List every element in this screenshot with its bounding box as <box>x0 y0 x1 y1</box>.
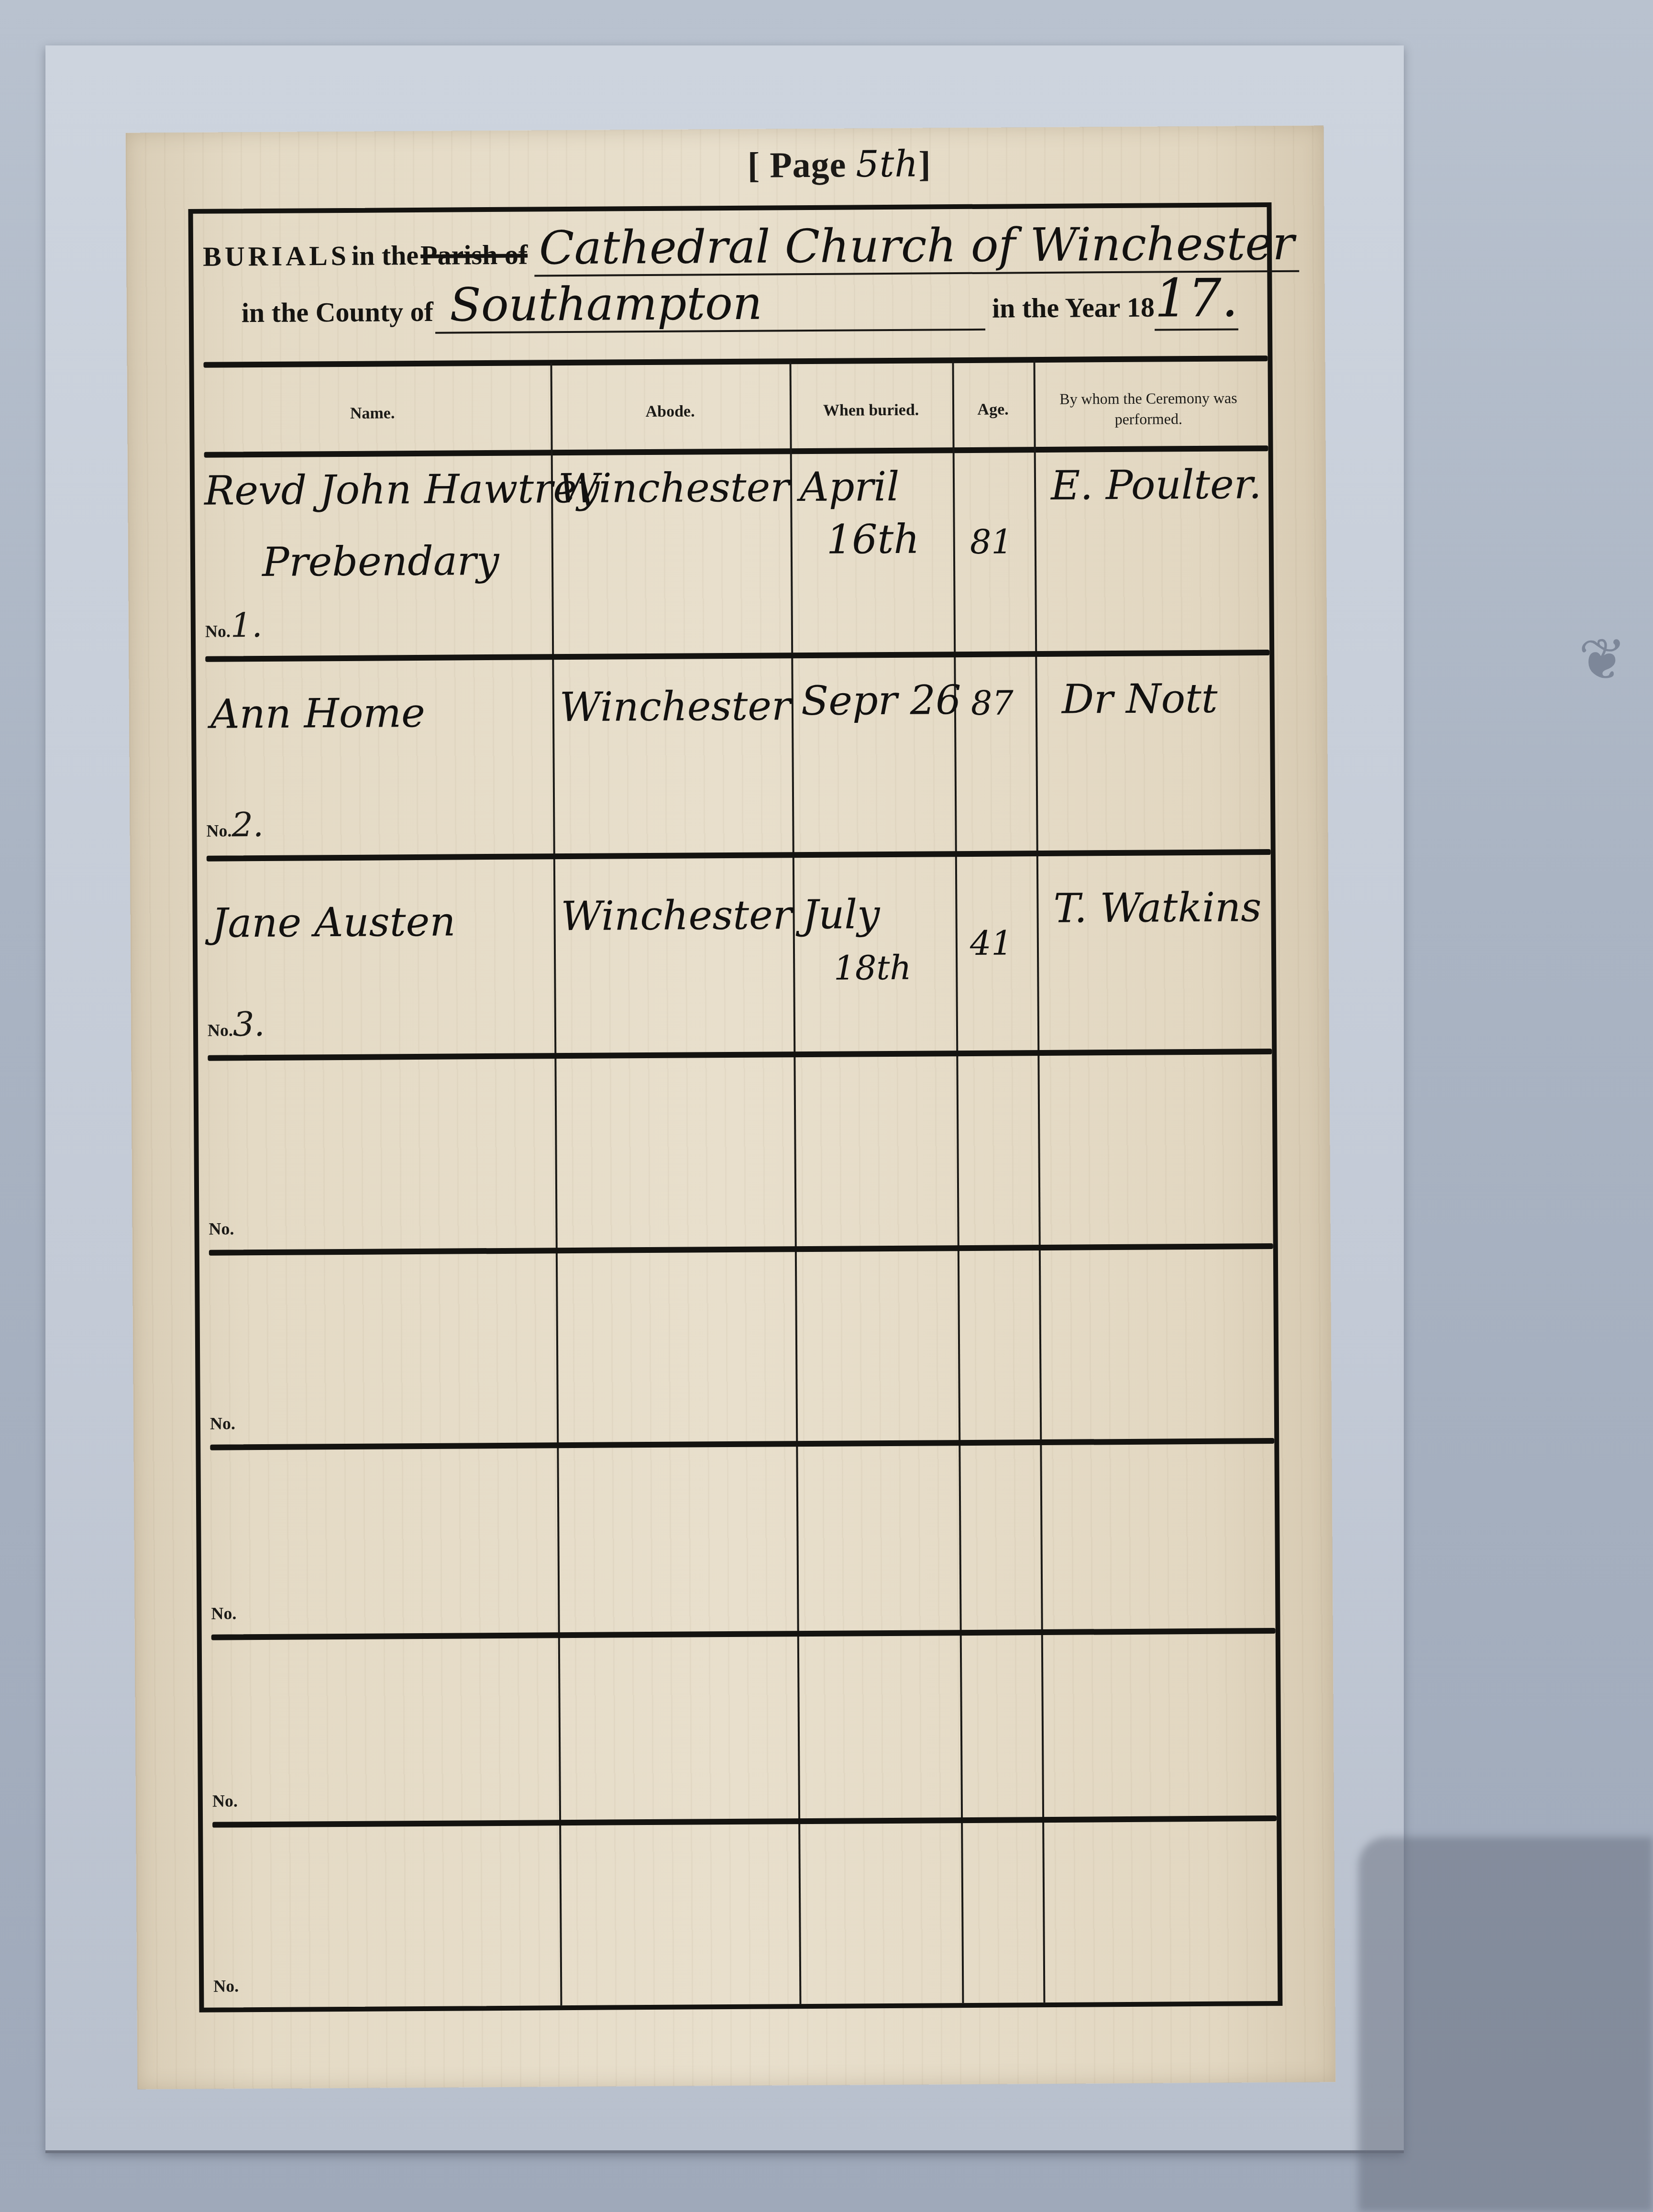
entry-officiant: Dr Nott <box>1062 675 1218 723</box>
entry-name-line2: Prebendary <box>262 537 499 586</box>
column-header-when-buried: When buried. <box>790 367 953 454</box>
entry-when-buried: July <box>802 891 880 938</box>
entry-number: No. <box>209 1218 234 1239</box>
column-header-name: Name. <box>194 369 551 458</box>
struck-parish-text: Parish of <box>420 239 528 271</box>
entry-number: No. <box>211 1603 236 1623</box>
entry-number: No.1. <box>205 606 263 645</box>
entry-officiant: T. Watkins <box>1053 884 1262 932</box>
entry-name: Jane Austen <box>211 898 455 947</box>
shadow <box>1358 1837 1653 2212</box>
table-row-blank: No. <box>199 1249 1274 1445</box>
burial-register-page: [ Page 5th] BURIALS in the Parish of Cat… <box>126 125 1336 2089</box>
floral-ornament-icon: ❦ <box>1578 631 1653 751</box>
entry-officiant: E. Poulter. <box>1051 461 1262 509</box>
entry-when-buried-line2: 16th <box>826 516 919 563</box>
register-table: BURIALS in the Parish of Cathedral Churc… <box>188 202 1283 2013</box>
entry-abode: Winchester <box>560 682 791 730</box>
table-row-blank: No. <box>203 1821 1278 2007</box>
entry-number: No. <box>210 1413 235 1433</box>
table-row: Revd John Hawtrey Prebendary Winchester … <box>195 451 1269 656</box>
entry-when-buried: April <box>800 463 900 510</box>
heading-line-2: in the County of Southampton in the Year… <box>241 267 1270 335</box>
year-field: 17. <box>1154 267 1238 331</box>
page-number: 5th <box>856 143 918 186</box>
entry-number: No.3. <box>208 1005 265 1044</box>
table-row-blank: No. <box>198 1054 1273 1250</box>
page-number-label: [ Page 5th] <box>748 142 931 186</box>
entry-number: No. <box>212 1791 238 1811</box>
table-row: Ann Home Winchester Sepr 26 87 Dr Nott N… <box>196 655 1270 856</box>
column-header-officiant: By whom the Ceremony was performed. <box>1034 365 1264 453</box>
entry-age: 87 <box>971 683 1014 723</box>
county-field: Southampton <box>435 275 986 334</box>
entry-abode: Winchester <box>558 464 790 512</box>
column-header-abode: Abode. <box>551 368 790 455</box>
column-header-age: Age. <box>952 366 1034 453</box>
entry-number: No.2. <box>206 805 264 845</box>
entry-age: 81 <box>970 522 1013 562</box>
entry-when-buried: Sepr 26 <box>801 676 961 724</box>
entry-when-buried-line2: 18th <box>834 948 912 988</box>
entry-abode: Winchester <box>561 891 792 940</box>
entry-number: No. <box>213 1976 239 1996</box>
table-row: Jane Austen Winchester July 18th 41 T. W… <box>197 855 1272 1055</box>
table-row-blank: No. <box>200 1444 1275 1635</box>
table-row-blank: No. <box>202 1634 1277 1822</box>
entry-name: Ann Home <box>210 689 425 738</box>
entry-age: 41 <box>970 923 1013 963</box>
entry-name: Revd John Hawtrey <box>204 465 600 514</box>
